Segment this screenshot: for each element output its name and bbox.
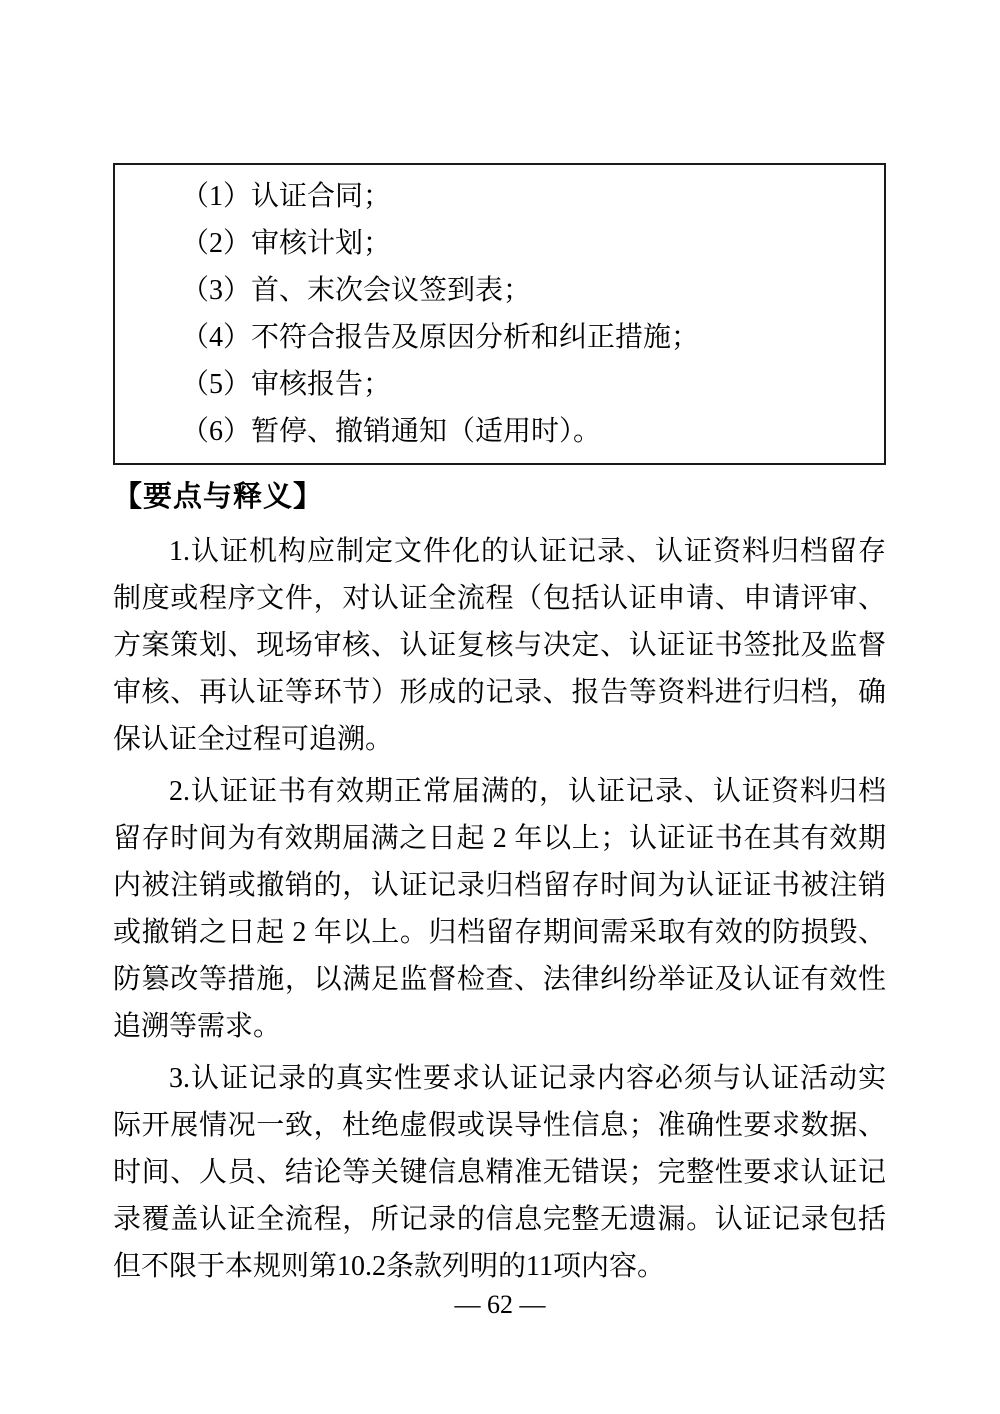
bordered-list-box: （1）认证合同； （2）审核计划； （3）首、末次会议签到表； （4）不符合报告… — [113, 163, 886, 465]
section-header: 【要点与释义】 — [113, 475, 886, 519]
list-item: （2）审核计划； — [181, 220, 874, 267]
document-page: （1）认证合同； （2）审核计划； （3）首、末次会议签到表； （4）不符合报告… — [0, 0, 1000, 1414]
body-paragraph: 3.认证记录的真实性要求认证记录内容必须与认证活动实际开展情况一致，杜绝虚假或误… — [113, 1055, 886, 1290]
body-paragraph: 2.认证证书有效期正常届满的，认证记录、认证资料归档留存时间为有效期届满之日起 … — [113, 768, 886, 1050]
page-number: — 62 — — [0, 1288, 1000, 1322]
list-item: （4）不符合报告及原因分析和纠正措施； — [181, 314, 874, 361]
list-item: （5）审核报告； — [181, 361, 874, 408]
list-item: （1）认证合同； — [181, 173, 874, 220]
list-item: （3）首、末次会议签到表； — [181, 267, 874, 314]
body-paragraph: 1.认证机构应制定文件化的认证记录、认证资料归档留存制度或程序文件，对认证全流程… — [113, 528, 886, 763]
list-item: （6）暂停、撤销通知（适用时）。 — [181, 408, 874, 455]
